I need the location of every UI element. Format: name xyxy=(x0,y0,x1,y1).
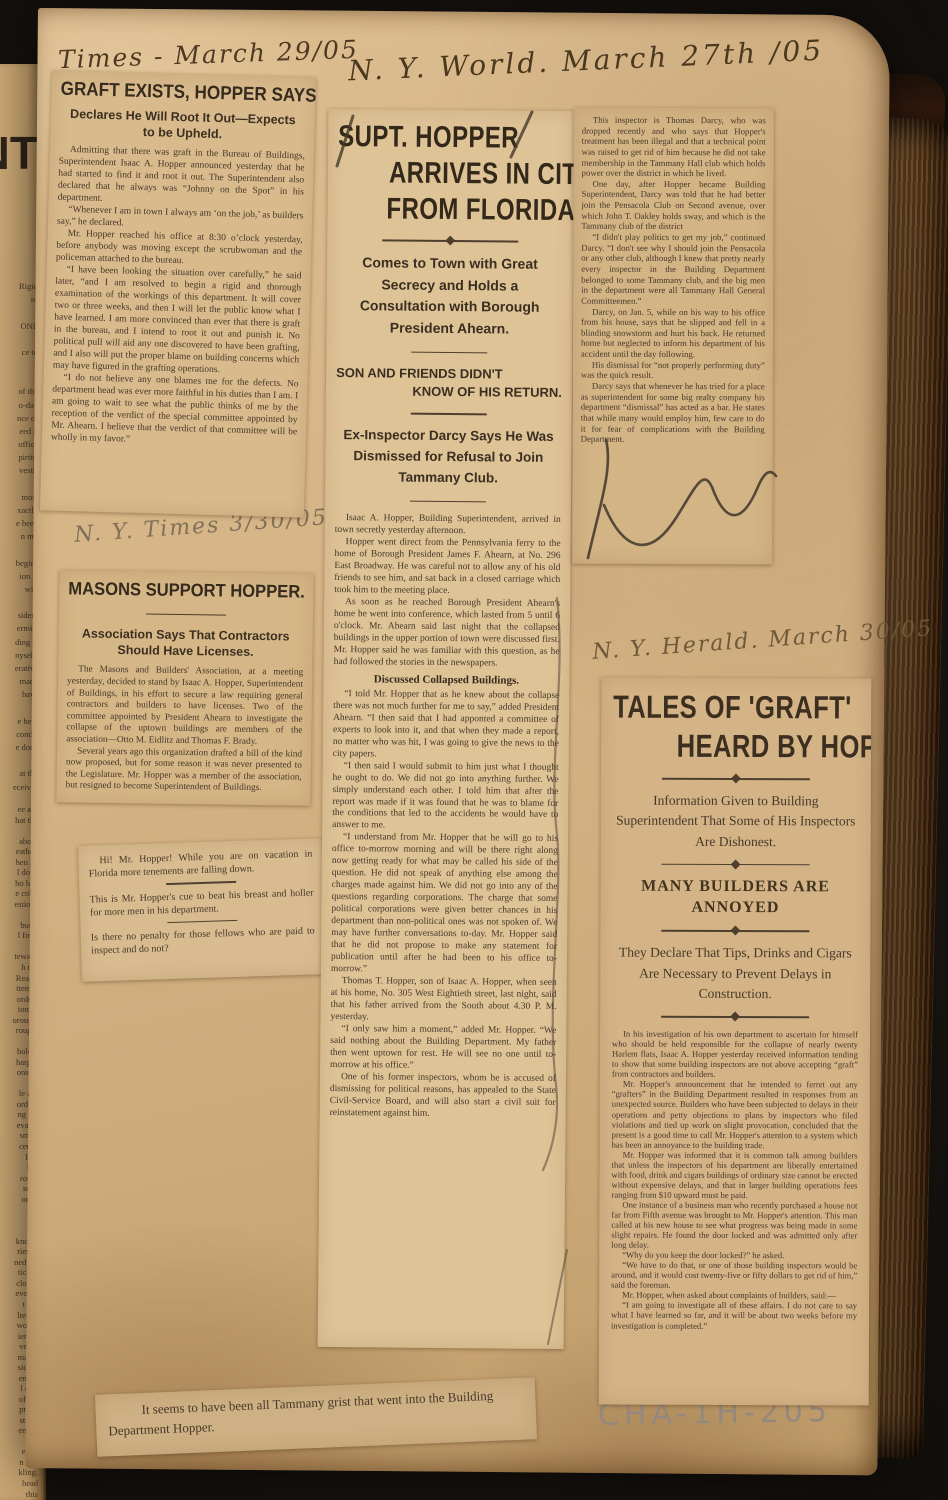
clipping-hi-hopper: Hi! Mr. Hopper! While you are on vacatio… xyxy=(78,838,326,982)
clipping-paragraph: It seems to have been all Tammany grist … xyxy=(107,1385,524,1441)
clipping-paragraph: One day, after Hopper became Building Su… xyxy=(581,179,765,233)
clipping-deck: MANY BUILDERS ARE ANNOYED xyxy=(612,876,858,918)
headline-line: ARRIVES IN CITY xyxy=(338,155,564,193)
clipping-paragraph: “I didn't play politics to get my job,” … xyxy=(581,232,765,307)
headline-line: FROM FLORIDA. xyxy=(337,191,563,229)
clipping-paragraph: Admitting that there was graft in the Bu… xyxy=(57,145,305,212)
clipping-body: The Masons and Builders' Association, at… xyxy=(66,665,304,796)
clipping-paragraph: Hopper went direct from the Pennsylvania… xyxy=(334,537,561,599)
clipping-masons-support: MASONS SUPPORT HOPPER. Association Says … xyxy=(56,570,313,806)
headline-text: TALES OF 'GRAFT' xyxy=(613,688,852,728)
divider-rule xyxy=(410,495,487,509)
clipping-deck: Information Given to Building Superinten… xyxy=(615,791,857,853)
clipping-graft-exists: GRAFT EXISTS, HOPPER SAYS. Declares He W… xyxy=(40,70,316,517)
headline-text: GRAFT EXISTS, HOPPER SAYS. xyxy=(60,79,316,108)
clipping-paragraph: “We have to do that, or one of those bui… xyxy=(611,1260,857,1291)
clipping-paragraph: This inspector is Thomas Darcy, who was … xyxy=(582,115,766,179)
clipping-headline: GRAFT EXISTS, HOPPER SAYS. xyxy=(60,79,307,108)
divider-rule-diamond xyxy=(662,924,810,938)
divider-rule-diamond xyxy=(662,858,810,872)
clipping-body: It seems to have been all Tammany grist … xyxy=(107,1385,524,1441)
clipping-paragraph: Thomas T. Hopper, son of Isaac A. Hopper… xyxy=(330,976,556,1026)
clipping-supt-hopper-arrives: SUPT. HOPPER ARRIVES IN CITY FROM FLORID… xyxy=(318,109,575,1349)
clipping-body: Admitting that there was graft in the Bu… xyxy=(51,145,305,451)
clipping-body: In his investigation of his own departme… xyxy=(611,1029,858,1331)
clipping-tales-of-graft: TALES OF 'GRAFT' HEARD BY HOPPER Informa… xyxy=(599,678,872,1406)
clipping-paragraph: “I do not believe any one blames me for … xyxy=(51,372,299,451)
clipping-paragraph: Darcy, on Jan. 5, while on his way to hi… xyxy=(581,306,765,360)
clipping-deck: SON AND FRIENDS DIDN'T KNOW OF HIS RETUR… xyxy=(336,364,562,402)
clipping-paragraph: “I only saw him a moment,” added Mr. Hop… xyxy=(330,1024,556,1074)
clipping-paragraph: Is there no penalty for those fellows wh… xyxy=(90,917,315,958)
clipping-paragraph: Several years ago this organization draf… xyxy=(66,746,303,796)
headline-text: FROM FLORIDA. xyxy=(386,191,574,229)
clipping-paragraph: “I told Mr. Hopper that as he knew about… xyxy=(333,689,560,763)
divider-rule xyxy=(410,407,487,421)
scrapbook-photo: NT Rigid n- ONE ce to of the o-day nce o… xyxy=(0,0,948,1500)
deck-line: SON AND FRIENDS DIDN'T xyxy=(336,364,562,384)
headline-text: MASONS SUPPORT HOPPER. xyxy=(68,578,305,603)
clipping-crosshead: Discussed Collapsed Buildings. xyxy=(333,673,559,689)
clipping-paragraph: As soon as he reached Borough President … xyxy=(334,597,561,671)
divider-rule-diamond xyxy=(661,1010,809,1024)
clipping-paragraph: “I understand from Mr. Hopper that he wi… xyxy=(331,832,558,978)
clipping-body: “I told Mr. Hopper that as he knew about… xyxy=(330,689,560,1122)
clipping-paragraph: Isaac A. Hopper, Building Superintendent… xyxy=(335,513,561,539)
headline-text: HEARD BY HOPPER xyxy=(677,727,872,767)
clipping-deck: Ex-Inspector Darcy Says He Was Dismissed… xyxy=(337,425,560,490)
clipping-paragraph: Mr. Hopper was informed that it is commo… xyxy=(611,1149,857,1200)
divider-rule xyxy=(146,607,226,621)
clipping-paragraph: One instance of a business man who recen… xyxy=(611,1200,857,1251)
clipping-headline: MASONS SUPPORT HOPPER. xyxy=(68,578,304,603)
clipping-paragraph: “I am going to investigate all of these … xyxy=(611,1300,857,1331)
clipping-subhead: Association Says That Contractors Should… xyxy=(69,625,301,662)
clipping-paragraph: Darcy says that whenever he has tried fo… xyxy=(581,381,765,445)
headline-text: SUPT. HOPPER xyxy=(338,119,519,157)
clipping-paragraph: In his investigation of his own departme… xyxy=(612,1029,858,1080)
clipping-paragraph: One of his former inspectors, whom he is… xyxy=(330,1072,556,1122)
clipping-paragraph: His dismissal for “not properly performi… xyxy=(581,359,765,381)
divider-rule-diamond xyxy=(382,233,518,247)
clipping-darcy-continuation: This inspector is Thomas Darcy, who was … xyxy=(572,108,774,565)
clipping-paragraph: “I then said I would submit to him just … xyxy=(332,761,559,835)
clipping-paragraph: This is Mr. Hopper's cue to beat his bre… xyxy=(89,878,314,919)
headline-line: TALES OF 'GRAFT' xyxy=(613,688,859,728)
divider-rule xyxy=(411,345,488,359)
clipping-deck: They Declare That Tips, Drinks and Cigar… xyxy=(614,943,856,1005)
deck-line: KNOW OF HIS RETURN. xyxy=(336,382,562,402)
clipping-paragraph: “I have been looking the situation over … xyxy=(53,265,302,380)
clipping-body: Hi! Mr. Hopper! While you are on vacatio… xyxy=(88,848,315,958)
headline-line: SUPT. HOPPER xyxy=(338,119,564,157)
edge-text-fragment: NT xyxy=(0,126,38,180)
divider-rule-diamond xyxy=(662,772,810,786)
clipping-subhead: Declares He Will Root It Out—Expects to … xyxy=(63,106,302,145)
clipping-deck: Comes to Town with Great Secrecy and Hol… xyxy=(338,252,561,341)
clipping-paragraph: Hi! Mr. Hopper! While you are on vacatio… xyxy=(88,848,313,881)
clipping-paragraph: The Masons and Builders' Association, at… xyxy=(66,665,303,750)
clipping-body: Isaac A. Hopper, Building Superintendent… xyxy=(334,513,561,671)
headline-text: ARRIVES IN CITY xyxy=(389,155,575,193)
headline-line: HEARD BY HOPPER xyxy=(613,727,859,767)
clipping-paragraph: Mr. Hopper's announcement that he intend… xyxy=(612,1079,858,1150)
clipping-body: This inspector is Thomas Darcy, who was … xyxy=(581,115,766,445)
